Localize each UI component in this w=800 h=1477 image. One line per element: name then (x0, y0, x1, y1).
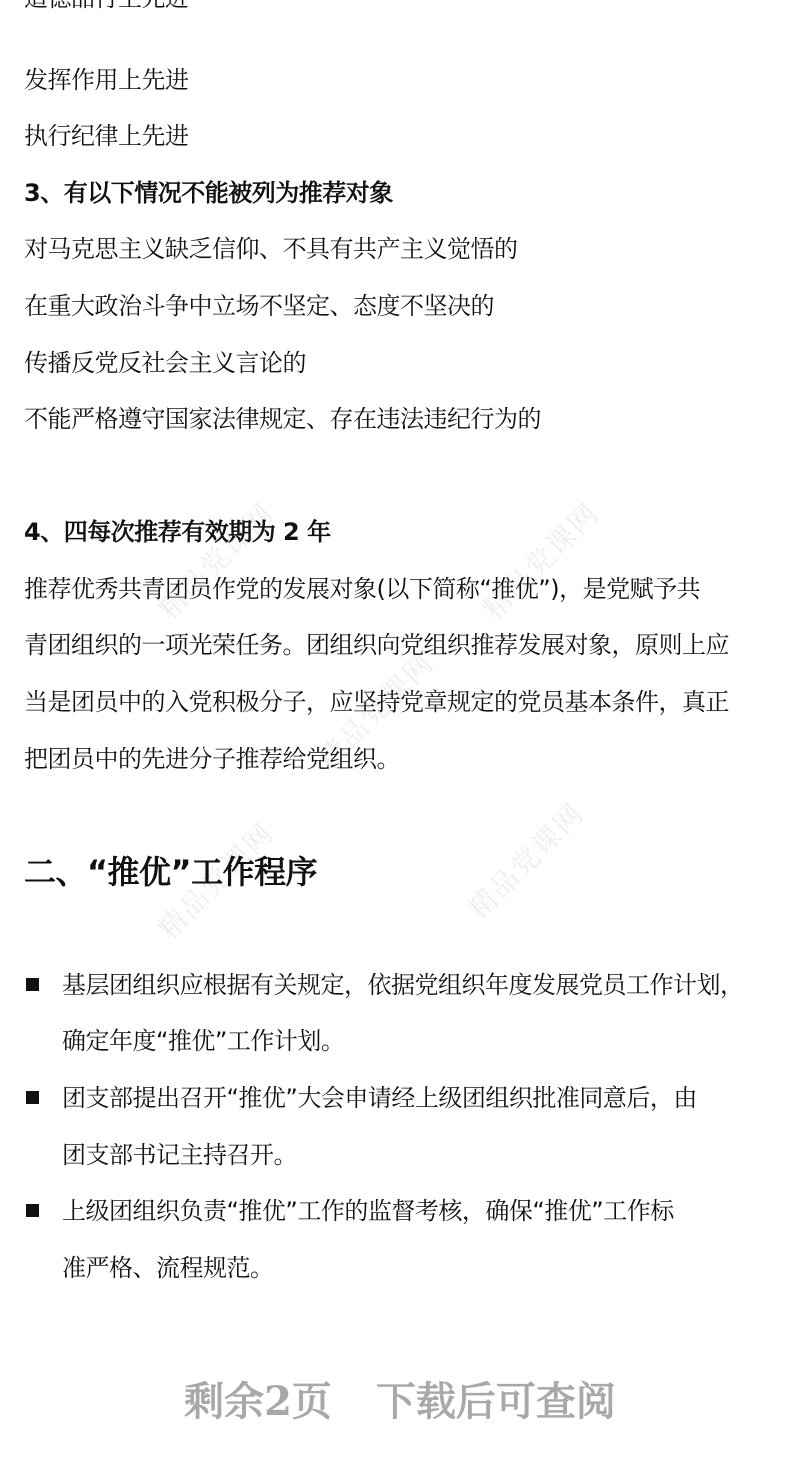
bullet-text-line: 团支部书记主持召开。 (62, 1139, 297, 1171)
download-prompt[interactable]: 剩余2页下载后可查阅 (0, 1378, 800, 1426)
bullet-text-line: 确定年度“推优”工作计划。 (62, 1025, 344, 1057)
bullet-text-line: 上级团组织负责“推优”工作的监督考核，确保“推优”工作标 (62, 1195, 674, 1227)
remaining-pages-label: 剩余2页 (184, 1378, 332, 1425)
download-hint-label: 下载后可查阅 (376, 1378, 616, 1425)
paragraph-line: 当是团员中的入党积极分子，应坚持党章规定的党员基本条件，真正 (24, 686, 729, 718)
list-item: 发挥作用上先进 (24, 64, 189, 96)
square-bullet-icon (26, 1204, 39, 1217)
paragraph-line: 青团组织的一项光荣任务。团组织向党组织推荐发展对象，原则上应 (24, 629, 729, 661)
list-item: 执行纪律上先进 (24, 120, 189, 152)
bullet-text-line: 准严格、流程规范。 (62, 1252, 274, 1284)
list-item: 在重大政治斗争中立场不坚定、态度不坚决的 (24, 290, 494, 322)
heading-4: 4、四每次推荐有效期为 2 年 (24, 516, 331, 548)
square-bullet-icon (26, 1091, 39, 1104)
list-item: 对马克思主义缺乏信仰、不具有共产主义觉悟的 (24, 233, 518, 265)
square-bullet-icon (26, 978, 39, 991)
bullet-text-line: 基层团组织应根据有关规定，依据党组织年度发展党员工作计划， (62, 969, 744, 1001)
watermark: 精品党课网 (148, 493, 282, 627)
bullet-text-line: 团支部提出召开“推优”大会申请经上级团组织批准同意后，由 (62, 1082, 697, 1114)
watermark: 精品党课网 (473, 493, 607, 627)
partial-top-line: 道德品行上先进 (24, 0, 189, 14)
list-item: 传播反党反社会主义言论的 (24, 347, 306, 379)
list-item: 不能严格遵守国家法律规定、存在违法违纪行为的 (24, 403, 541, 435)
watermark: 精品党课网 (458, 793, 592, 927)
section-title: 二、“推优”工作程序 (24, 852, 317, 892)
heading-3: 3、有以下情况不能被列为推荐对象 (24, 177, 393, 209)
paragraph-line: 推荐优秀共青团员作党的发展对象(以下简称“推优”)，是党赋予共 (24, 573, 700, 605)
paragraph-line: 把团员中的先进分子推荐给党组织。 (24, 743, 400, 775)
